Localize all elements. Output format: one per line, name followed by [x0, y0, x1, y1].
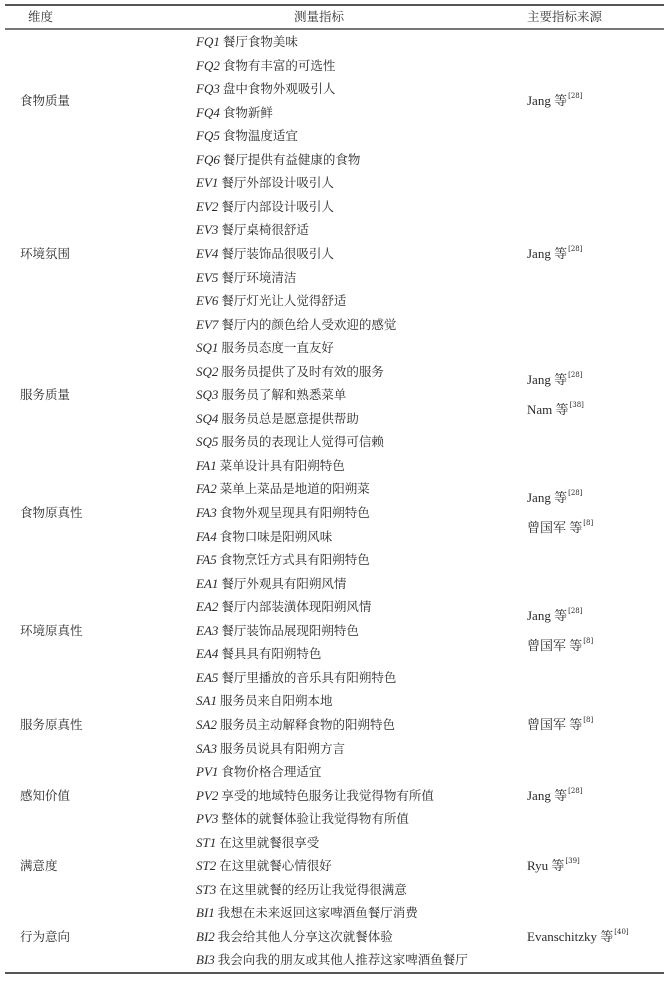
- indicator-text: 食物新鲜: [223, 105, 273, 120]
- source-citation: 曾国军 等[8]: [527, 635, 593, 657]
- indicator-code: FQ6: [196, 152, 220, 167]
- indicator-item: BI2我会给其他人分享这次就餐体验: [196, 926, 393, 948]
- indicator-code: EV7: [196, 317, 218, 332]
- indicator-code: FA2: [196, 481, 217, 496]
- indicator-text: 餐厅外部设计吸引人: [221, 175, 334, 190]
- indicator-text: 菜单上菜品是地道的阳朔菜: [220, 481, 370, 496]
- dimension-label: 环境原真性: [20, 620, 83, 642]
- reference-number: [8]: [583, 519, 593, 527]
- indicator-text: 餐厅内的颜色给人受欢迎的感觉: [221, 317, 396, 332]
- indicator-text: 服务员说具有阳朔方言: [220, 741, 345, 756]
- source-citation: Jang 等[28]: [527, 605, 582, 627]
- source-citation: 曾国军 等[8]: [527, 517, 593, 539]
- source-citation: Jang 等[28]: [527, 369, 582, 391]
- indicator-text: 餐具具有阳朔特色: [221, 646, 321, 661]
- indicator-code: ST1: [196, 835, 216, 850]
- source-citation: Jang 等[28]: [527, 243, 582, 265]
- indicator-code: SQ1: [196, 340, 218, 355]
- indicator-text: 整体的就餐体验让我觉得物有所值: [221, 811, 409, 826]
- source-citation: Jang 等[28]: [527, 487, 582, 509]
- indicator-text: 餐厅环境清洁: [221, 270, 296, 285]
- indicator-text: 菜单设计具有阳朔特色: [220, 458, 345, 473]
- indicator-text: 我想在未来返回这家啤酒鱼餐厅消费: [218, 905, 418, 920]
- indicator-code: ST3: [196, 882, 216, 897]
- reference-number: [39]: [565, 857, 579, 865]
- indicator-item: FA5食物烹饪方式具有阳朔特色: [196, 549, 370, 571]
- table-bottom-rule: [5, 972, 664, 974]
- indicator-code: FA1: [196, 458, 217, 473]
- table-top-rule: [5, 4, 664, 6]
- indicator-code: SA3: [196, 741, 217, 756]
- indicator-code: SQ3: [196, 387, 218, 402]
- dimension-label: 环境氛围: [20, 243, 70, 265]
- indicator-code: FQ5: [196, 128, 220, 143]
- indicator-code: SQ4: [196, 411, 218, 426]
- indicator-code: SQ2: [196, 364, 218, 379]
- indicator-item: SA3服务员说具有阳朔方言: [196, 738, 345, 760]
- reference-number: [38]: [570, 401, 584, 409]
- indicator-text: 餐厅内部设计吸引人: [221, 199, 334, 214]
- indicator-text: 服务员了解和熟悉菜单: [221, 387, 346, 402]
- indicator-item: FQ5食物温度适宜: [196, 125, 298, 147]
- indicator-item: EV1餐厅外部设计吸引人: [196, 172, 334, 194]
- indicator-item: FA2菜单上菜品是地道的阳朔菜: [196, 478, 370, 500]
- indicator-item: ST3在这里就餐的经历让我觉得很满意: [196, 879, 407, 901]
- indicator-item: FQ1餐厅食物美味: [196, 31, 298, 53]
- reference-number: [40]: [614, 928, 628, 936]
- source-author: 曾国军 等: [527, 717, 582, 732]
- source-citation: 曾国军 等[8]: [527, 714, 593, 736]
- reference-number: [28]: [568, 787, 582, 795]
- source-author: Jang 等: [527, 93, 567, 108]
- source-author: Jang 等: [527, 490, 567, 505]
- indicator-code: ST2: [196, 858, 216, 873]
- indicator-code: SQ5: [196, 434, 218, 449]
- header-source: 主要指标来源: [527, 7, 602, 27]
- source-citation: Ryu 等[39]: [527, 855, 580, 877]
- indicator-code: PV2: [196, 788, 218, 803]
- indicator-code: EV5: [196, 270, 218, 285]
- indicator-code: EV1: [196, 175, 218, 190]
- indicator-item: EA4餐具具有阳朔特色: [196, 643, 321, 665]
- indicator-text: 服务员态度一直友好: [221, 340, 334, 355]
- indicator-text: 餐厅灯光让人觉得舒适: [221, 293, 346, 308]
- source-author: Jang 等: [527, 788, 567, 803]
- indicator-item: FQ4食物新鲜: [196, 102, 273, 124]
- indicator-item: SQ2服务员提供了及时有效的服务: [196, 361, 384, 383]
- indicator-item: EA1餐厅外观具有阳朔风情: [196, 573, 346, 595]
- source-author: Evanschitzky 等: [527, 929, 613, 944]
- indicator-item: EV2餐厅内部设计吸引人: [196, 196, 334, 218]
- dimension-label: 食物原真性: [20, 502, 83, 524]
- indicator-item: PV1食物价格合理适宜: [196, 761, 321, 783]
- indicator-code: SA2: [196, 717, 217, 732]
- indicator-text: 食物有丰富的可选性: [223, 58, 336, 73]
- indicator-item: SQ3服务员了解和熟悉菜单: [196, 384, 346, 406]
- indicator-code: EV6: [196, 293, 218, 308]
- indicator-item: PV3整体的就餐体验让我觉得物有所值: [196, 808, 409, 830]
- indicator-text: 餐厅装饰品展现阳朔特色: [221, 623, 359, 638]
- indicator-text: 餐厅桌椅很舒适: [221, 222, 309, 237]
- indicator-item: FA3食物外观呈现具有阳朔特色: [196, 502, 370, 524]
- indicator-text: 服务员的表现让人觉得可信赖: [221, 434, 384, 449]
- source-citation: Jang 等[28]: [527, 785, 582, 807]
- reference-number: [28]: [568, 92, 582, 100]
- indicator-text: 我会给其他人分享这次就餐体验: [218, 929, 393, 944]
- indicator-item: SQ1服务员态度一直友好: [196, 337, 334, 359]
- indicator-item: EV3餐厅桌椅很舒适: [196, 219, 309, 241]
- source-author: Ryu 等: [527, 858, 564, 873]
- indicator-text: 餐厅外观具有阳朔风情: [221, 576, 346, 591]
- indicator-item: FA4食物口味是阳朔风味: [196, 526, 332, 548]
- reference-number: [28]: [568, 245, 582, 253]
- indicator-text: 我会向我的朋友或其他人推荐这家啤酒鱼餐厅: [218, 952, 468, 967]
- source-author: 曾国军 等: [527, 520, 582, 535]
- indicator-code: FA3: [196, 505, 217, 520]
- indicator-item: FQ6餐厅提供有益健康的食物: [196, 149, 360, 171]
- indicator-item: EA2餐厅内部装潢体现阳朔风情: [196, 596, 371, 618]
- indicator-code: EA3: [196, 623, 218, 638]
- indicator-code: EA4: [196, 646, 218, 661]
- indicator-code: FQ4: [196, 105, 220, 120]
- source-author: Jang 等: [527, 372, 567, 387]
- indicator-item: BI1我想在未来返回这家啤酒鱼餐厅消费: [196, 902, 418, 924]
- indicator-text: 餐厅提供有益健康的食物: [223, 152, 361, 167]
- indicator-item: EV7餐厅内的颜色给人受欢迎的感觉: [196, 314, 396, 336]
- dimension-label: 满意度: [20, 855, 58, 877]
- reference-number: [8]: [583, 716, 593, 724]
- indicator-text: 食物烹饪方式具有阳朔特色: [220, 552, 370, 567]
- indicator-text: 在这里就餐心情很好: [219, 858, 332, 873]
- indicator-item: SQ5服务员的表现让人觉得可信赖: [196, 431, 384, 453]
- indicator-text: 服务员总是愿意提供帮助: [221, 411, 359, 426]
- indicator-item: FA1菜单设计具有阳朔特色: [196, 455, 345, 477]
- source-citation: Nam 等[38]: [527, 399, 584, 421]
- indicator-text: 餐厅装饰品很吸引人: [221, 246, 334, 261]
- indicator-item: SA2服务员主动解释食物的阳朔特色: [196, 714, 395, 736]
- indicator-item: EA5餐厅里播放的音乐具有阳朔特色: [196, 667, 396, 689]
- source-citation: Jang 等[28]: [527, 90, 582, 112]
- indicator-code: FQ1: [196, 34, 220, 49]
- indicator-code: BI2: [196, 929, 215, 944]
- indicator-code: PV3: [196, 811, 218, 826]
- indicator-code: BI3: [196, 952, 215, 967]
- indicator-item: PV2享受的地域特色服务让我觉得物有所值: [196, 785, 434, 807]
- reference-number: [28]: [568, 371, 582, 379]
- header-indicator: 测量指标: [204, 7, 434, 27]
- indicator-item: EV4餐厅装饰品很吸引人: [196, 243, 334, 265]
- indicator-code: BI1: [196, 905, 215, 920]
- reference-number: [8]: [583, 637, 593, 645]
- indicator-text: 食物外观呈现具有阳朔特色: [220, 505, 370, 520]
- dimension-label: 食物质量: [20, 90, 70, 112]
- indicator-text: 餐厅内部装潢体现阳朔风情: [221, 599, 371, 614]
- indicator-item: SQ4服务员总是愿意提供帮助: [196, 408, 359, 430]
- indicator-item: BI3我会向我的朋友或其他人推荐这家啤酒鱼餐厅: [196, 949, 468, 971]
- reference-number: [28]: [568, 607, 582, 615]
- indicator-item: SA1服务员来自阳朔本地: [196, 690, 332, 712]
- indicator-code: SA1: [196, 693, 217, 708]
- header-dimension: 维度: [28, 7, 53, 27]
- indicator-code: EV4: [196, 246, 218, 261]
- indicator-code: EA2: [196, 599, 218, 614]
- indicator-text: 食物口味是阳朔风味: [220, 529, 333, 544]
- indicator-text: 在这里就餐的经历让我觉得很满意: [219, 882, 407, 897]
- indicator-item: ST1在这里就餐很享受: [196, 832, 319, 854]
- indicator-text: 享受的地域特色服务让我觉得物有所值: [221, 788, 434, 803]
- indicator-code: PV1: [196, 764, 218, 779]
- source-author: Nam 等: [527, 402, 569, 417]
- indicator-code: EA1: [196, 576, 218, 591]
- indicator-item: FQ3盘中食物外观吸引人: [196, 78, 335, 100]
- indicator-item: EV5餐厅环境清洁: [196, 267, 296, 289]
- source-author: 曾国军 等: [527, 638, 582, 653]
- indicator-text: 盘中食物外观吸引人: [223, 81, 336, 96]
- indicator-item: EV6餐厅灯光让人觉得舒适: [196, 290, 346, 312]
- table-header-rule: [5, 28, 664, 30]
- indicator-text: 在这里就餐很享受: [219, 835, 319, 850]
- reference-number: [28]: [568, 489, 582, 497]
- indicator-code: EV2: [196, 199, 218, 214]
- indicator-item: EA3餐厅装饰品展现阳朔特色: [196, 620, 359, 642]
- source-author: Jang 等: [527, 608, 567, 623]
- indicator-code: EV3: [196, 222, 218, 237]
- source-citation: Evanschitzky 等[40]: [527, 926, 629, 948]
- indicator-item: FQ2食物有丰富的可选性: [196, 55, 335, 77]
- dimension-label: 行为意向: [20, 926, 70, 948]
- indicator-text: 餐厅食物美味: [223, 34, 298, 49]
- indicator-code: FA4: [196, 529, 217, 544]
- indicator-text: 餐厅里播放的音乐具有阳朔特色: [221, 670, 396, 685]
- indicator-item: ST2在这里就餐心情很好: [196, 855, 332, 877]
- indicator-code: FA5: [196, 552, 217, 567]
- indicator-text: 服务员来自阳朔本地: [220, 693, 333, 708]
- indicator-code: FQ2: [196, 58, 220, 73]
- indicator-code: FQ3: [196, 81, 220, 96]
- indicator-text: 食物温度适宜: [223, 128, 298, 143]
- indicator-text: 食物价格合理适宜: [221, 764, 321, 779]
- dimension-label: 感知价值: [20, 785, 70, 807]
- source-author: Jang 等: [527, 246, 567, 261]
- indicator-text: 服务员提供了及时有效的服务: [221, 364, 384, 379]
- indicator-text: 服务员主动解释食物的阳朔特色: [220, 717, 395, 732]
- indicator-code: EA5: [196, 670, 218, 685]
- dimension-label: 服务原真性: [20, 714, 83, 736]
- dimension-label: 服务质量: [20, 384, 70, 406]
